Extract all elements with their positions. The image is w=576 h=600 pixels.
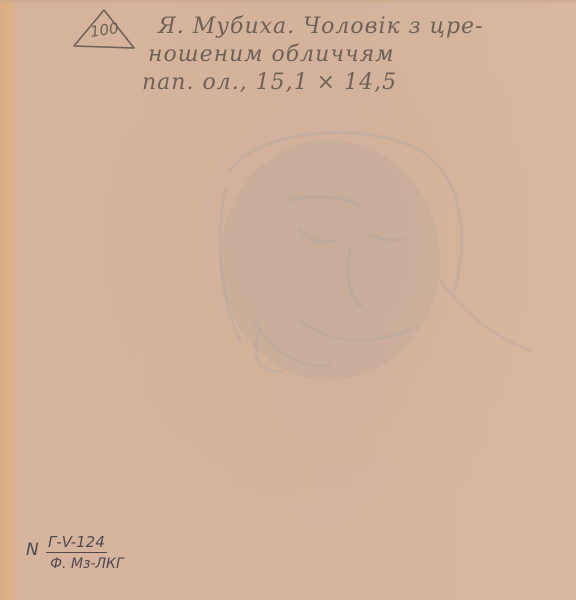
paper-sheet: 100 Я. Мубиха. Чоловік з цре- ношеним об… — [0, 0, 576, 600]
inventory-prefix: N — [26, 540, 39, 560]
inscription-line-2: ношеним обличчям — [148, 42, 395, 67]
paper-top-edge — [0, 0, 576, 4]
inventory-fund: Ф. Мз-ЛКГ — [50, 556, 124, 572]
catalog-number-triangle: 100 — [70, 6, 138, 52]
inscription-line-1: Я. Мубиха. Чоловік з цре- — [158, 14, 484, 39]
inventory-number: Г-V-124 — [46, 533, 107, 553]
inscription-line-3: пап. ол., 15,1 × 14,5 — [142, 70, 397, 95]
